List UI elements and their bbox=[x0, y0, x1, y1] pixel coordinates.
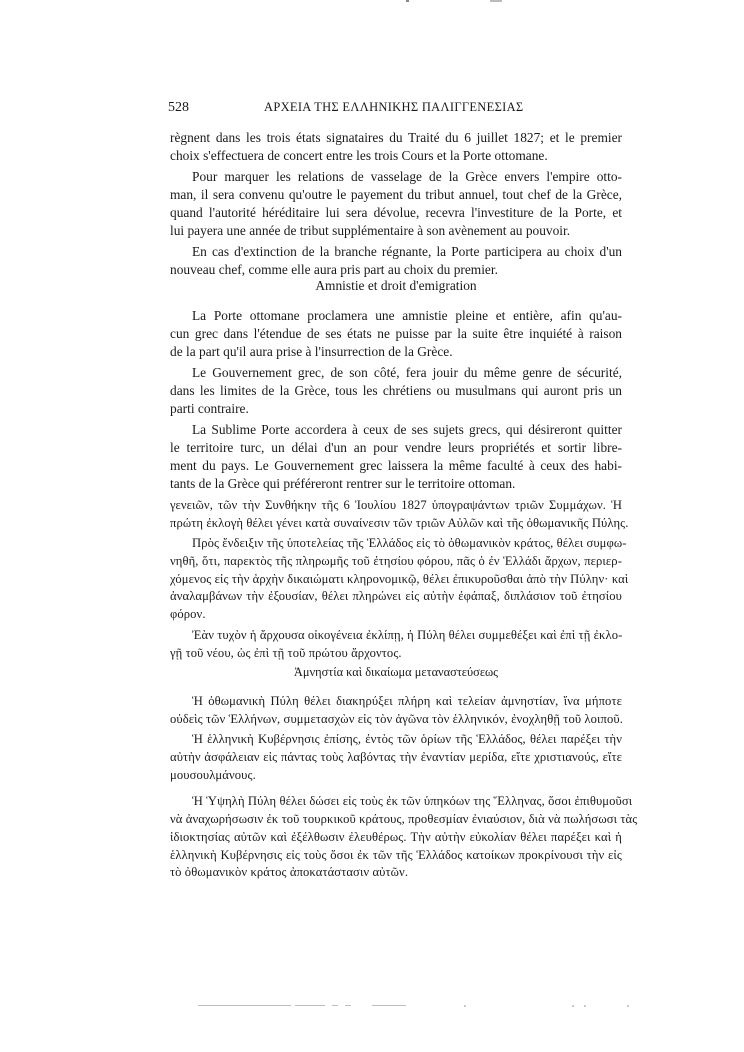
french-text-block: règnent dans les trois états signataires… bbox=[170, 129, 622, 279]
text-line: Πρὸς ἔνδειξιν τῆς ὑποτελείας τῆς Ἑλλάδος… bbox=[170, 535, 622, 553]
text-line: ἑλληνικὴ Κυβέρνησις εἰς τοὺς ὅσοι ἐκ τῶν… bbox=[170, 847, 622, 865]
text-line: La Porte ottomane proclamera une amnisti… bbox=[170, 307, 622, 325]
text-line: γενειῶν, τῶν τὴν Συνθήκην τῆς 6 Ἰουλίου … bbox=[170, 497, 622, 515]
text-line: La Sublime Porte accordera à ceux de ses… bbox=[170, 421, 622, 439]
section-title-french: Amnistie et droit d'emigration bbox=[170, 278, 622, 294]
paragraph: En cas d'extinction de la branche régnan… bbox=[170, 243, 622, 279]
text-line: le territoire turc, un délai d'un an pou… bbox=[170, 439, 622, 457]
text-line: man, il sera convenu qu'outre le payemen… bbox=[170, 186, 622, 204]
paragraph: règnent dans les trois états signataires… bbox=[170, 129, 622, 165]
text-line: τὸ ὀθωμανικὸν κράτος ἀποκατάστασιν αὐτῶν… bbox=[170, 864, 622, 882]
text-line: Ἡ Ὑψηλὴ Πύλη θέλει δώσει εἰς τοὺς ἐκ τῶν… bbox=[170, 793, 622, 811]
running-title: ΑΡΧΕΙΑ ΤΗΣ ΕΛΛΗΝΙΚΗΣ ΠΑΛΙΓΓΕΝΕΣΙΑΣ bbox=[264, 100, 524, 115]
text-line: dans les limites de la Grèce, tous les c… bbox=[170, 382, 622, 400]
text-line: Le Gouvernement grec, de son côté, fera … bbox=[170, 364, 622, 382]
text-line: νὰ ἀναχωρήσωσιν ἐκ τοῦ τουρκικοῦ κράτους… bbox=[170, 811, 622, 829]
text-line: ἀναλαμβάνων τὴν ἐξουσίαν, θέλει πληρώνει… bbox=[170, 588, 622, 606]
paragraph: La Porte ottomane proclamera une amnisti… bbox=[170, 307, 622, 361]
scanned-book-page: 528 ΑΡΧΕΙΑ ΤΗΣ ΕΛΛΗΝΙΚΗΣ ΠΑΛΙΓΓΕΝΕΣΙΑΣ r… bbox=[0, 0, 744, 1052]
text-line: Ἡ ἑλληνικὴ Κυβέρνησις ἐπίσης, ἐντὸς τῶν … bbox=[170, 731, 622, 749]
paragraph: Πρὸς ἔνδειξιν τῆς ὑποτελείας τῆς Ἑλλάδος… bbox=[170, 535, 622, 623]
scan-artifact bbox=[627, 1005, 629, 1007]
text-line: ἰδιοκτησίας αὐτῶν καὶ ἐξέλθωσιν ἐλευθέρω… bbox=[170, 829, 622, 847]
text-line: χόμενος εἰς τὴν ἀρχὴν δικαιώματι κληρονο… bbox=[170, 571, 622, 589]
paragraph: La Sublime Porte accordera à ceux de ses… bbox=[170, 421, 622, 493]
text-line: νηθῆ, ὅτι, παρεκτὸς τῆς πληρωμῆς τοῦ ἐτη… bbox=[170, 553, 622, 571]
text-line: φόρον. bbox=[170, 606, 622, 624]
text-line: nouveau chef, comme elle aura pris part … bbox=[170, 261, 622, 279]
text-line: parti contraire. bbox=[170, 400, 622, 418]
text-line: lui payera une année de tribut supplémen… bbox=[170, 222, 622, 240]
paragraph: Pour marquer les relations de vasselage … bbox=[170, 168, 622, 240]
text-line: ment du pays. Le Gouvernement grec laiss… bbox=[170, 457, 622, 475]
text-line: En cas d'extinction de la branche régnan… bbox=[170, 243, 622, 261]
text-line: choix s'effectuera de concert entre les … bbox=[170, 147, 622, 165]
text-line: règnent dans les trois états signataires… bbox=[170, 129, 622, 147]
text-line: quand l'autorité héréditaire lui sera dé… bbox=[170, 204, 622, 222]
text-line: πρώτη ἐκλογὴ θέλει γένει κατὰ συναίνεσιν… bbox=[170, 515, 622, 533]
section-title-greek: Ἀμνηστία καὶ δικαίωμα μεταναστεύσεως bbox=[170, 665, 622, 680]
text-line: μουσουλμάνους. bbox=[170, 767, 622, 785]
scan-artifact-rule bbox=[345, 1005, 351, 1006]
scan-artifact-rule bbox=[198, 1005, 291, 1006]
scan-artifact bbox=[464, 1005, 466, 1007]
scan-artifact bbox=[490, 0, 502, 2]
scan-artifact-rule bbox=[372, 1005, 406, 1006]
text-line: de la part qu'il aura prise à l'insurrec… bbox=[170, 343, 622, 361]
scan-artifact bbox=[584, 1005, 586, 1007]
scan-artifact bbox=[406, 0, 409, 2]
page-number: 528 bbox=[168, 100, 189, 116]
text-line: cun grec dans l'étendue de ses états ne … bbox=[170, 325, 622, 343]
text-line: Ἡ ὀθωμανικὴ Πύλη θέλει διακηρύξει πλήρη … bbox=[170, 693, 622, 711]
page-header: 528 ΑΡΧΕΙΑ ΤΗΣ ΕΛΛΗΝΙΚΗΣ ΠΑΛΙΓΓΕΝΕΣΙΑΣ bbox=[168, 100, 620, 120]
text-line: Ἐὰν τυχὸν ἡ ἄρχουσα οἰκογένεια ἐκλίπῃ, ἡ… bbox=[170, 627, 622, 645]
text-line: γῇ τοῦ νέου, ὡς ἐπὶ τῇ τοῦ πρώτου ἄρχοντ… bbox=[170, 645, 622, 663]
text-line: tants de la Grèce qui préféreront rentre… bbox=[170, 475, 622, 493]
paragraph: γενειῶν, τῶν τὴν Συνθήκην τῆς 6 Ἰουλίου … bbox=[170, 497, 622, 532]
paragraph: Ἐὰν τυχὸν ἡ ἄρχουσα οἰκογένεια ἐκλίπῃ, ἡ… bbox=[170, 627, 622, 662]
paragraph: Ἡ ἑλληνικὴ Κυβέρνησις ἐπίσης, ἐντὸς τῶν … bbox=[170, 731, 622, 784]
scan-artifact-rule bbox=[295, 1005, 325, 1006]
text-line: Pour marquer les relations de vasselage … bbox=[170, 168, 622, 186]
paragraph: Ἡ ὀθωμανικὴ Πύλη θέλει διακηρύξει πλήρη … bbox=[170, 693, 622, 728]
paragraph: Ἡ Ὑψηλὴ Πύλη θέλει δώσει εἰς τοὺς ἐκ τῶν… bbox=[170, 793, 622, 881]
greek-section-block: Ἡ ὀθωμανικὴ Πύλη θέλει διακηρύξει πλήρη … bbox=[170, 693, 622, 882]
french-section-block: La Porte ottomane proclamera une amnisti… bbox=[170, 307, 622, 493]
paragraph: Le Gouvernement grec, de son côté, fera … bbox=[170, 364, 622, 418]
greek-text-block: γενειῶν, τῶν τὴν Συνθήκην τῆς 6 Ἰουλίου … bbox=[170, 497, 622, 662]
text-line: αὐτὴν ἀσφάλειαν εἰς πάντας τοὺς λαβόντας… bbox=[170, 749, 622, 767]
text-line: οὐδεὶς τῶν Ἑλλήνων, συμμετασχὼν εἰς τὸν … bbox=[170, 711, 622, 729]
scan-artifact bbox=[572, 1005, 574, 1007]
scan-artifact-rule bbox=[332, 1005, 338, 1006]
